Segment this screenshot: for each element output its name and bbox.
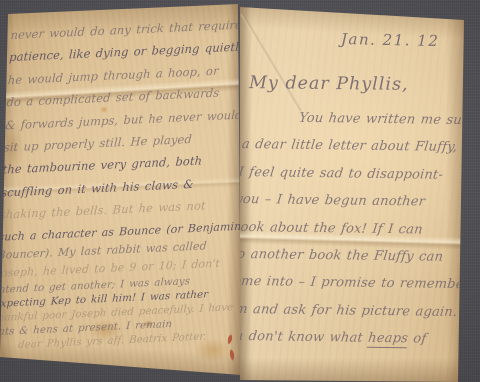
red-ink-mark (227, 335, 233, 344)
left-page-handwriting: never would do any trick that required p… (0, 17, 243, 355)
handwriting-line: do another book the Fluffy can (226, 247, 445, 277)
page-edge-shading (240, 358, 470, 382)
corner-fold-crease (240, 13, 301, 112)
handwriting-line: him and ask for his picture again. (220, 301, 439, 331)
handwriting-line: book about the fox! If I can (230, 219, 449, 249)
photo-background: never would do any trick that required p… (0, 0, 480, 382)
last-line-suffix: of (407, 331, 427, 346)
handwriting-line: You don't know what heaps of (217, 329, 436, 359)
handwriting-line: come into – I promise to remember (223, 274, 442, 304)
letter-body: You have written me such a dear little l… (217, 110, 462, 359)
handwriting-line: a dear little letter about Fluffy, (239, 137, 458, 167)
handwriting-line: I feel quite sad to disappoint- (236, 165, 455, 195)
last-line-prefix: You don't know what (218, 329, 369, 346)
handwriting-line: You have written me such (243, 110, 462, 140)
red-ink-mark (229, 350, 234, 359)
handwriting-line: you – I have begun another (233, 192, 452, 222)
letter-salutation: My dear Phyllis, (249, 73, 409, 95)
letter-date: Jan. 21. 12 (341, 30, 440, 50)
underlined-word: heaps (367, 331, 409, 349)
